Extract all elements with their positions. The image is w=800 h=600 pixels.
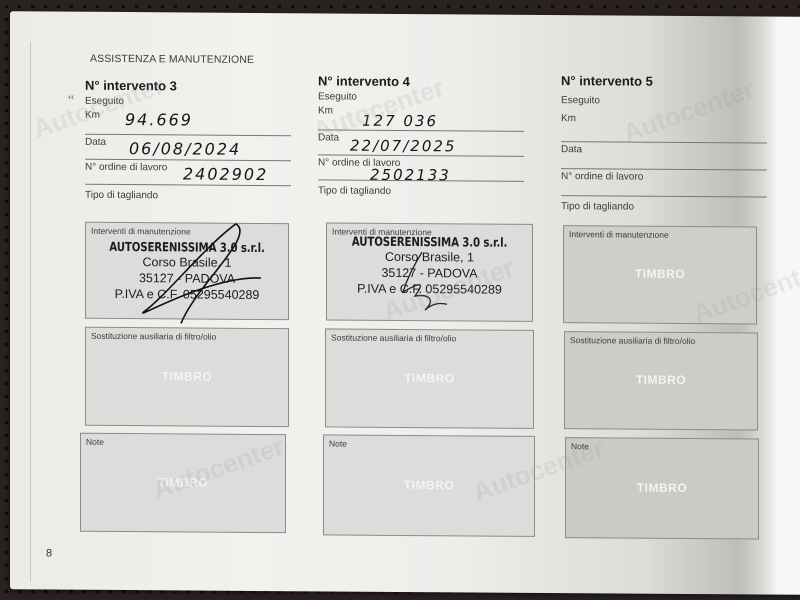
note-label: Note [86, 437, 104, 447]
timbro-placeholder: TIMBRO [326, 370, 533, 385]
ordine-field[interactable]: N° ordine di lavoro [561, 169, 767, 197]
data-label: Data [561, 144, 582, 155]
stamp-company: AUTOSERENISSIMA 3.0 s.r.l. [104, 239, 270, 255]
intervention-title: N° intervento 3 [85, 78, 291, 97]
interventi-label: Interventi di manutenzione [91, 226, 191, 237]
eseguito-label: Eseguito [561, 95, 767, 108]
timbro-placeholder: TIMBRO [566, 480, 758, 495]
km-value: 94.669 [125, 110, 193, 129]
data-field[interactable]: Data 22/07/2025 [318, 130, 524, 156]
note-box[interactable]: Note TIMBRO [565, 437, 759, 539]
sostituzione-box[interactable]: Sostituzione ausiliaria di filtro/olio T… [325, 328, 534, 428]
stamp-vat: P.IVA e C.F. 05295540289 [327, 280, 532, 297]
interventi-box[interactable]: Interventi di manutenzione AUTOSERENISSI… [85, 222, 289, 320]
note-label: Note [329, 438, 347, 448]
dealer-stamp: AUTOSERENISSIMA 3.0 s.r.l. Corso Brasile… [327, 233, 532, 297]
timbro-placeholder: TIMBRO [564, 266, 756, 281]
note-box[interactable]: Note TIMBRO [80, 433, 286, 533]
tipo-label: Tipo di tagliando [85, 190, 291, 202]
data-label: Data [85, 137, 106, 148]
km-label: Km [85, 110, 100, 121]
stamp-vat: P.IVA e C.F. 05295540289 [86, 286, 288, 303]
note-box[interactable]: Note TIMBRO [323, 434, 535, 536]
data-field[interactable]: Data [561, 142, 767, 170]
ordine-value: 2402902 [183, 164, 268, 184]
interventi-box[interactable]: Interventi di manutenzione AUTOSERENISSI… [326, 222, 533, 321]
ordine-label: N° ordine di lavoro [561, 171, 643, 183]
service-book-page: ASSISTENZA E MANUTENZIONE ‹‹ N° interven… [10, 11, 800, 595]
intervention-3: N° intervento 3 Eseguito Km 94.669 Data … [85, 78, 291, 202]
note-label: Note [571, 441, 589, 451]
data-value: 06/08/2024 [129, 139, 241, 159]
sostituzione-box[interactable]: Sostituzione ausiliaria di filtro/olio T… [564, 331, 758, 430]
timbro-placeholder: TIMBRO [324, 477, 534, 492]
sostituzione-label: Sostituzione ausiliaria di filtro/olio [331, 332, 456, 343]
ordine-field[interactable]: N° ordine di lavoro 2502133 [318, 155, 524, 181]
km-value: 127 036 [362, 112, 438, 131]
page-number: 8 [46, 547, 52, 559]
tipo-label: Tipo di tagliando [318, 185, 524, 197]
timbro-placeholder: TIMBRO [86, 369, 288, 384]
page-edge-line [30, 41, 31, 581]
km-label: Km [318, 105, 333, 116]
intervention-title: N° intervento 4 [318, 73, 524, 92]
sostituzione-box[interactable]: Sostituzione ausiliaria di filtro/olio T… [85, 327, 289, 427]
tipo-label: Tipo di tagliando [561, 201, 767, 213]
stamp-city: 35127 - PADOVA [327, 264, 532, 281]
sostituzione-label: Sostituzione ausiliaria di filtro/olio [570, 335, 695, 346]
timbro-placeholder: TIMBRO [565, 372, 757, 387]
interventi-box[interactable]: Interventi di manutenzione TIMBRO [563, 225, 757, 324]
interventi-label: Interventi di manutenzione [569, 229, 669, 240]
data-label: Data [318, 132, 339, 143]
stamp-city: 35127 - PADOVA [86, 270, 288, 287]
km-field[interactable]: Km 127 036 [318, 103, 524, 131]
back-arrow-icon: ‹‹ [68, 92, 74, 102]
stamp-company: AUTOSERENISSIMA 3.0 s.r.l. [345, 234, 513, 250]
km-label: Km [561, 113, 576, 124]
stamp-address: Corso Brasile, 1 [327, 248, 532, 265]
ordine-label: N° ordine di lavoro [85, 162, 167, 174]
timbro-placeholder: TIMBRO [81, 474, 285, 489]
ordine-field[interactable]: N° ordine di lavoro 2402902 [85, 160, 291, 186]
data-value: 22/07/2025 [350, 137, 456, 156]
km-field[interactable]: Km 94.669 [85, 108, 291, 136]
data-field[interactable]: Data 06/08/2024 [85, 135, 291, 161]
intervention-5: N° intervento 5 Eseguito Km Data N° ordi… [561, 73, 767, 213]
intervention-title: N° intervento 5 [561, 73, 767, 92]
km-field[interactable]: Km [561, 111, 767, 143]
sostituzione-label: Sostituzione ausiliaria di filtro/olio [91, 331, 216, 342]
stamp-address: Corso Brasile, 1 [86, 254, 288, 271]
section-title: ASSISTENZA E MANUTENZIONE [90, 53, 254, 66]
intervention-4: N° intervento 4 Eseguito Km 127 036 Data… [318, 73, 524, 197]
ordine-value: 2502133 [370, 166, 451, 185]
dealer-stamp: AUTOSERENISSIMA 3.0 s.r.l. Corso Brasile… [86, 239, 288, 303]
